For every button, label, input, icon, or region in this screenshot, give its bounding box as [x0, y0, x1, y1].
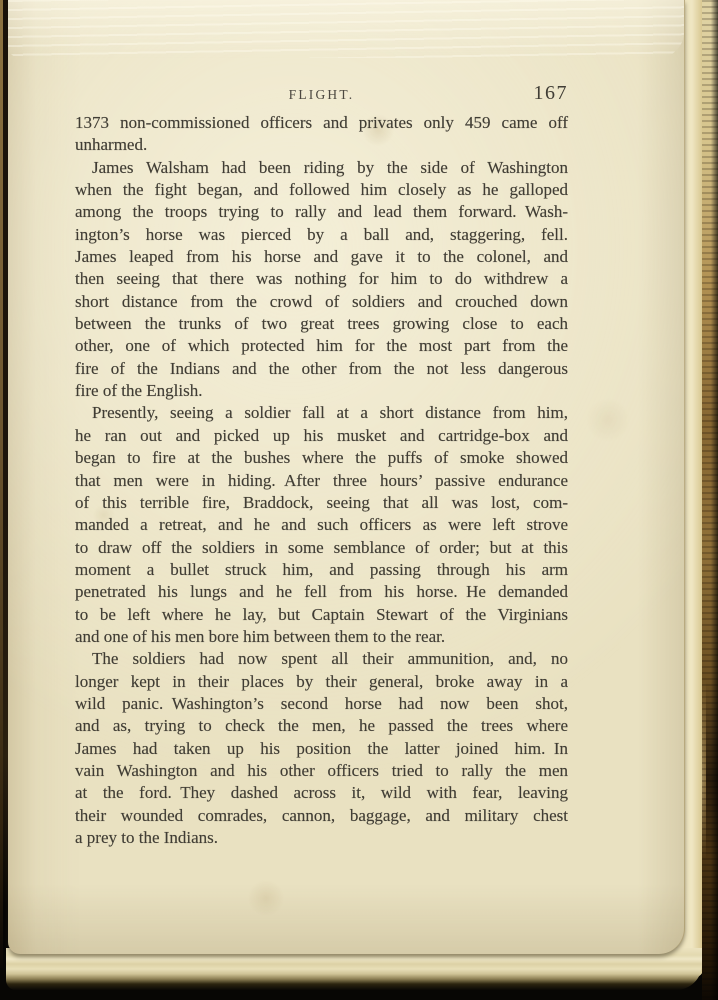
text-line: when the fight began, and followed him c… — [75, 179, 568, 201]
running-title: FLIGHT. — [289, 87, 355, 103]
text-line: longer kept in their places by their gen… — [75, 671, 568, 693]
paragraph: Presently, seeing a soldier fall at a sh… — [75, 402, 568, 648]
text-line: The soldiers had now spent all their amm… — [75, 648, 568, 670]
text-line: Presently, seeing a soldier fall at a sh… — [75, 402, 568, 424]
text-line: at the ford. They dashed across it, wild… — [75, 782, 568, 804]
text-line: between the trunks of two great trees gr… — [75, 313, 568, 335]
paragraph: 1373 non-commissioned officers and priva… — [75, 112, 568, 157]
text-line: a prey to the Indians. — [75, 827, 568, 849]
paragraph: James Walsham had been riding by the sid… — [75, 157, 568, 403]
page-header: FLIGHT. 167 — [75, 82, 568, 106]
page-number: 167 — [534, 82, 569, 105]
top-page-edges-sheen — [8, 0, 684, 58]
paragraph: The soldiers had now spent all their amm… — [75, 648, 568, 849]
page-stack-bottom — [6, 948, 702, 990]
text-line: fire of the English. — [75, 380, 568, 402]
page-text: 1373 non-commissioned officers and priva… — [75, 112, 568, 849]
text-line: that men were in hiding. After three hou… — [75, 470, 568, 492]
text-line: moment a bullet struck him, and passing … — [75, 559, 568, 581]
text-line: wild panic. Washington’s second horse ha… — [75, 693, 568, 715]
text-line: and as, trying to check the men, he pass… — [75, 715, 568, 737]
text-line: to draw off the soldiers in some semblan… — [75, 537, 568, 559]
text-line: vain Washington and his other officers t… — [75, 760, 568, 782]
text-line: 1373 non-commissioned officers and priva… — [75, 112, 568, 134]
text-line: manded a retreat, and he and such office… — [75, 514, 568, 536]
book-scan: FLIGHT. 167 1373 non-commissioned office… — [0, 0, 718, 1000]
text-line: their wounded comrades, cannon, baggage,… — [75, 805, 568, 827]
text-line: he ran out and picked up his musket and … — [75, 425, 568, 447]
text-line: ington’s horse was pierced by a ball and… — [75, 224, 568, 246]
text-line: James Walsham had been riding by the sid… — [75, 157, 568, 179]
text-line: James had taken up his position the latt… — [75, 738, 568, 760]
text-line: penetrated his lungs and he fell from hi… — [75, 581, 568, 603]
text-line: other, one of which protected him for th… — [75, 335, 568, 357]
text-line: short distance from the crowd of soldier… — [75, 291, 568, 313]
text-line: James leaped from his horse and gave it … — [75, 246, 568, 268]
text-line: of this terrible fire, Braddock, seeing … — [75, 492, 568, 514]
text-line: to be left where he lay, but Captain Ste… — [75, 604, 568, 626]
text-line: fire of the Indians and the other from t… — [75, 358, 568, 380]
text-line: then seeing that there was nothing for h… — [75, 268, 568, 290]
text-line: unharmed. — [75, 134, 568, 156]
binding-shadow — [3, 0, 8, 945]
text-line: began to fire at the bushes where the pu… — [75, 447, 568, 469]
text-line: and one of his men bore him between them… — [75, 626, 568, 648]
book-fore-edge — [702, 0, 718, 1000]
text-line: among the troops trying to rally and lea… — [75, 201, 568, 223]
